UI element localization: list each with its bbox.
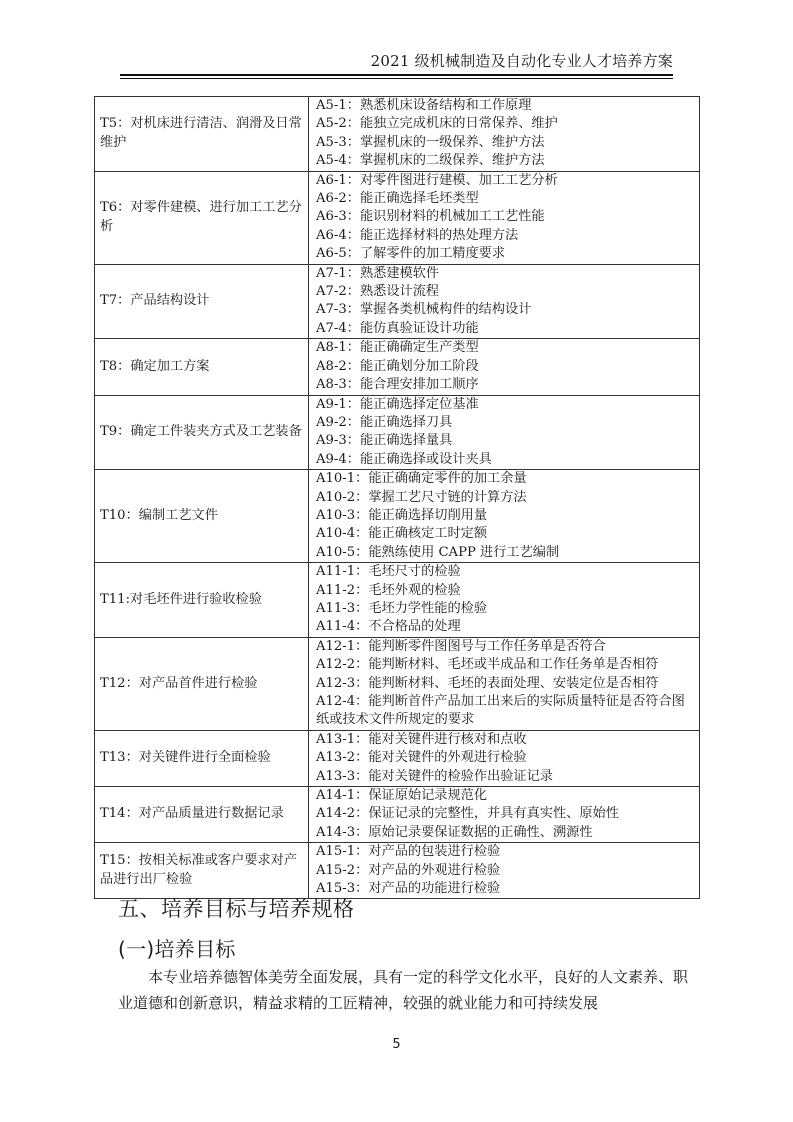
ability-item: A12-3：能判断材料、毛坯的表面处理、安装定位是否相符 [316, 675, 694, 693]
ability-item: A14-2：保证记录的完整性，并具有真实性、原始性 [316, 805, 694, 823]
ability-item: A10-2：掌握工艺尺寸链的计算方法 [316, 489, 694, 507]
ability-item: A12-4：能判断首件产品加工出来后的实际质量特征是否符合图纸或技术文件所规定的… [316, 693, 694, 730]
task-cell: T11:对毛坯件进行验收检验 [95, 563, 309, 638]
task-cell: T8：确定加工方案 [95, 339, 309, 395]
ability-item: A13-3：能对关键件的检验作出验证记录 [316, 768, 694, 786]
section-title: 五、培养目标与培养规格 [118, 893, 355, 923]
ability-cell: A11-1：毛坯尺寸的检验A11-2：毛坯外观的检验A11-3：毛坯力学性能的检… [309, 563, 700, 638]
ability-cell: A5-1：熟悉机床设备结构和工作原理A5-2：能独立完成机床的日常保养、维护A5… [309, 97, 700, 172]
ability-item: A10-5：能熟练使用 CAPP 进行工艺编制 [316, 544, 694, 562]
ability-item: A11-1：毛坯尺寸的检验 [316, 563, 694, 581]
table-row: T7：产品结构设计A7-1：熟悉建模软件A7-2：熟悉设计流程A7-3：掌握各类… [95, 264, 700, 339]
ability-item: A7-2：熟悉设计流程 [316, 283, 694, 301]
ability-item: A5-2：能独立完成机床的日常保养、维护 [316, 115, 694, 133]
ability-item: A7-1：熟悉建模软件 [316, 265, 694, 283]
ability-item: A12-1：能判断零件图图号与工作任务单是否符合 [316, 638, 694, 656]
ability-item: A7-3：掌握各类机械构件的结构设计 [316, 301, 694, 319]
ability-cell: A6-1：对零件图进行建模、加工工艺分析A6-2：能正确选择毛坯类型A6-3：能… [309, 171, 700, 264]
ability-cell: A9-1：能正确选择定位基准A9-2：能正确选择刀具A9-3：能正确选择量具A9… [309, 395, 700, 470]
task-cell: T12：对产品首件进行检验 [95, 637, 309, 730]
ability-item: A9-1：能正确选择定位基准 [316, 396, 694, 414]
ability-item: A11-3：毛坯力学性能的检验 [316, 600, 694, 618]
ability-item: A8-3：能合理安排加工顺序 [316, 376, 694, 394]
running-header: 2021 级机械制造及自动化专业人才培养方案 [120, 50, 673, 71]
table-row: T15：按相关标准或客户要求对产品进行出厂检验A15-1：对产品的包装进行检验A… [95, 843, 700, 899]
table-row: T9：确定工件装夹方式及工艺装备A9-1：能正确选择定位基准A9-2：能正确选择… [95, 395, 700, 470]
subsection-title: (一)培养目标 [118, 933, 236, 962]
task-cell: T7：产品结构设计 [95, 264, 309, 339]
ability-item: A15-2：对产品的外观进行检验 [316, 862, 694, 880]
ability-item: A13-2：能对关键件的外观进行检验 [316, 749, 694, 767]
table-row: T5：对机床进行清洁、润滑及日常维护A5-1：熟悉机床设备结构和工作原理A5-2… [95, 97, 700, 172]
ability-item: A8-1：能正确确定生产类型 [316, 339, 694, 357]
ability-cell: A15-1：对产品的包装进行检验A15-2：对产品的外观进行检验A15-3：对产… [309, 843, 700, 899]
header-rule-thin [120, 78, 673, 79]
ability-item: A6-2：能正确选择毛坯类型 [316, 190, 694, 208]
ability-item: A9-4：能正确选择或设计夹具 [316, 451, 694, 469]
ability-item: A6-5：了解零件的加工精度要求 [316, 245, 694, 263]
ability-item: A11-4：不合格品的处理 [316, 618, 694, 636]
ability-item: A10-1：能正确确定零件的加工余量 [316, 470, 694, 488]
ability-item: A12-2：能判断材料、毛坯或半成品和工作任务单是否相符 [316, 656, 694, 674]
ability-item: A10-4：能正确核定工时定额 [316, 525, 694, 543]
ability-item: A10-3：能正确选择切削用量 [316, 507, 694, 525]
ability-cell: A14-1：保证原始记录规范化A14-2：保证记录的完整性，并具有真实性、原始性… [309, 787, 700, 843]
ability-item: A6-4：能正选择材料的热处理方法 [316, 227, 694, 245]
table-row: T10：编制工艺文件A10-1：能正确确定零件的加工余量A10-2：掌握工艺尺寸… [95, 470, 700, 563]
task-cell: T5：对机床进行清洁、润滑及日常维护 [95, 97, 309, 172]
ability-cell: A10-1：能正确确定零件的加工余量A10-2：掌握工艺尺寸链的计算方法A10-… [309, 470, 700, 563]
ability-item: A13-1：能对关键件进行核对和点收 [316, 731, 694, 749]
ability-cell: A13-1：能对关键件进行核对和点收A13-2：能对关键件的外观进行检验A13-… [309, 730, 700, 786]
ability-item: A6-1：对零件图进行建模、加工工艺分析 [316, 172, 694, 190]
ability-item: A14-1：保证原始记录规范化 [316, 787, 694, 805]
ability-item: A7-4：能仿真验证设计功能 [316, 320, 694, 338]
task-cell: T14：对产品质量进行数据记录 [95, 787, 309, 843]
task-cell: T6：对零件建模、进行加工工艺分析 [95, 171, 309, 264]
ability-item: A5-3：掌握机床的一级保养、维护方法 [316, 134, 694, 152]
table-row: T12：对产品首件进行检验A12-1：能判断零件图图号与工作任务单是否符合A12… [95, 637, 700, 730]
table-row: T8：确定加工方案A8-1：能正确确定生产类型A8-2：能正确划分加工阶段A8-… [95, 339, 700, 395]
task-cell: T9：确定工件装夹方式及工艺装备 [95, 395, 309, 470]
ability-item: A8-2：能正确划分加工阶段 [316, 358, 694, 376]
body-paragraph: 本专业培养德智体美劳全面发展，具有一定的科学文化水平，良好的人文素养、职业道德和… [118, 964, 688, 1016]
ability-item: A15-1：对产品的包装进行检验 [316, 843, 694, 861]
task-cell: T15：按相关标准或客户要求对产品进行出厂检验 [95, 843, 309, 899]
page-number: 5 [0, 1037, 793, 1052]
ability-item: A15-3：对产品的功能进行检验 [316, 880, 694, 898]
ability-item: A6-3：能识别材料的机械加工工艺性能 [316, 208, 694, 226]
ability-cell: A7-1：熟悉建模软件A7-2：熟悉设计流程A7-3：掌握各类机械构件的结构设计… [309, 264, 700, 339]
table-row: T13：对关键件进行全面检验A13-1：能对关键件进行核对和点收A13-2：能对… [95, 730, 700, 786]
ability-item: A9-2：能正确选择刀具 [316, 414, 694, 432]
table-row: T6：对零件建模、进行加工工艺分析A6-1：对零件图进行建模、加工工艺分析A6-… [95, 171, 700, 264]
task-ability-table: T5：对机床进行清洁、润滑及日常维护A5-1：熟悉机床设备结构和工作原理A5-2… [94, 96, 700, 899]
task-cell: T10：编制工艺文件 [95, 470, 309, 563]
table-row: T14：对产品质量进行数据记录A14-1：保证原始记录规范化A14-2：保证记录… [95, 787, 700, 843]
ability-item: A5-4：掌握机床的二级保养、维护方法 [316, 152, 694, 170]
ability-item: A11-2：毛坯外观的检验 [316, 582, 694, 600]
task-cell: T13：对关键件进行全面检验 [95, 730, 309, 786]
ability-item: A14-3：原始记录要保证数据的正确性、溯源性 [316, 824, 694, 842]
ability-item: A5-1：熟悉机床设备结构和工作原理 [316, 97, 694, 115]
table-row: T11:对毛坯件进行验收检验A11-1：毛坯尺寸的检验A11-2：毛坯外观的检验… [95, 563, 700, 638]
ability-cell: A12-1：能判断零件图图号与工作任务单是否符合A12-2：能判断材料、毛坯或半… [309, 637, 700, 730]
ability-item: A9-3：能正确选择量具 [316, 432, 694, 450]
header-rule-thick [120, 74, 673, 76]
ability-cell: A8-1：能正确确定生产类型A8-2：能正确划分加工阶段A8-3：能合理安排加工… [309, 339, 700, 395]
